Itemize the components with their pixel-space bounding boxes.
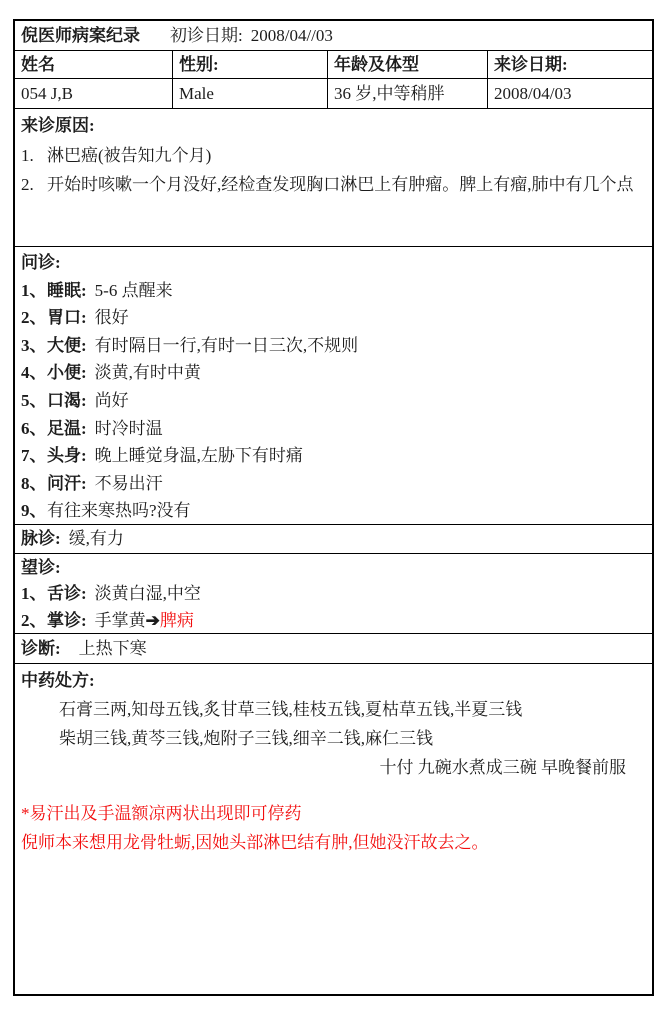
inquiry-item-chills-fever: 9、有往来寒热吗?没有	[21, 497, 642, 525]
inquiry-heading: 问诊:	[21, 249, 642, 277]
gender-column-header: 性别:	[173, 51, 328, 78]
case-record-table: 倪医师病案纪录 初诊日期: 2008/04//03 姓名 性别: 年龄及体型 来…	[13, 19, 654, 996]
item-label: 口渴:	[47, 391, 87, 410]
first-visit-date-value: 2008/04//03	[251, 21, 333, 51]
item-label: 头身:	[47, 446, 87, 465]
right-arrow-icon: ➔	[146, 611, 160, 630]
inquiry-item-appetite: 2、胃口:很好	[21, 304, 642, 332]
prescription-heading: 中药处方:	[21, 666, 642, 695]
item-label: 掌诊:	[47, 611, 87, 630]
item-number: 3、	[21, 332, 47, 360]
inquiry-item-sweat: 8、问汗:不易出汗	[21, 470, 642, 498]
patient-name-value: 054 J,B	[15, 79, 173, 108]
note-line: 倪师本来想用龙骨牡蛎,因她头部淋巴结有肿,但她没汗故去之。	[21, 829, 642, 858]
item-value: 淡黄,有时中黄	[95, 363, 201, 382]
item-number: 2、	[21, 304, 47, 332]
item-value: 不易出汗	[95, 474, 163, 493]
item-text: 开始时咳嗽一个月没好,经检查发现胸口淋巴上有肿瘤。脾上有瘤,肺中有几个点	[47, 170, 642, 200]
inquiry-section: 问诊: 1、睡眠:5-6 点醒来 2、胃口:很好 3、大便:有时隔日一行,有时一…	[15, 247, 652, 525]
dosage-instruction: 十付 九碗水煮成三碗 早晚餐前服	[21, 753, 642, 782]
inspection-item-palm: 2、掌诊:手掌黄➔脾病	[21, 608, 642, 634]
pulse-label: 脉诊:	[21, 529, 61, 548]
inquiry-item-thirst: 5、口渴:尚好	[21, 387, 642, 415]
visit-reason-section: 来诊原因: 1. 淋巴癌(被告知九个月) 2. 开始时咳嗽一个月没好,经检查发现…	[15, 109, 652, 247]
palm-finding-red: 脾病	[160, 611, 194, 630]
item-value: 淡黄白湿,中空	[95, 584, 201, 603]
item-value: 有时隔日一行,有时一日三次,不规则	[95, 336, 359, 355]
item-value: 晚上睡觉身温,左胁下有时痛	[95, 446, 303, 465]
item-value: 手掌黄	[95, 611, 146, 630]
inquiry-item-head-body: 7、头身:晚上睡觉身温,左胁下有时痛	[21, 442, 642, 470]
item-number: 5、	[21, 387, 47, 415]
pulse-diagnosis-row: 脉诊:缓,有力	[15, 525, 652, 554]
prescription-line: 石膏三两,知母五钱,炙甘草三钱,桂枝五钱,夏枯草五钱,半夏三钱	[21, 695, 642, 724]
diagnosis-label: 诊断:	[21, 639, 61, 658]
item-value: 尚好	[95, 391, 129, 410]
prescription-section: 中药处方: 石膏三两,知母五钱,炙甘草三钱,桂枝五钱,夏枯草五钱,半夏三钱 柴胡…	[15, 664, 652, 994]
item-number: 9、	[21, 497, 47, 525]
item-number: 1、	[21, 277, 47, 305]
item-value: 5-6 点醒来	[95, 281, 173, 300]
diagnosis-row: 诊断:上热下寒	[15, 634, 652, 664]
item-number: 4、	[21, 359, 47, 387]
item-value: 时冷时温	[95, 419, 163, 438]
item-number: 2、	[21, 608, 47, 634]
patient-values-row: 054 J,B Male 36 岁,中等稍胖 2008/04/03	[15, 79, 652, 109]
visit-reason-item: 2. 开始时咳嗽一个月没好,经检查发现胸口淋巴上有肿瘤。脾上有瘤,肺中有几个点	[21, 170, 642, 200]
visit-date-column-header: 来诊日期:	[488, 51, 652, 78]
item-number: 7、	[21, 442, 47, 470]
patient-visit-date-value: 2008/04/03	[488, 79, 652, 108]
diagnosis-value: 上热下寒	[79, 639, 147, 658]
item-text: 淋巴癌(被告知九个月)	[47, 141, 642, 171]
patient-age-body-value: 36 岁,中等稍胖	[328, 79, 488, 108]
item-label: 胃口:	[47, 308, 87, 327]
inquiry-item-stool: 3、大便:有时隔日一行,有时一日三次,不规则	[21, 332, 642, 360]
item-label: 小便:	[47, 363, 87, 382]
record-title: 倪医师病案纪录	[21, 21, 140, 51]
case-record-sheet: 倪医师病案纪录 初诊日期: 2008/04//03 姓名 性别: 年龄及体型 来…	[0, 0, 669, 1032]
inspection-section: 望诊: 1、舌诊:淡黄白湿,中空 2、掌诊:手掌黄➔脾病	[15, 554, 652, 634]
item-label: 舌诊:	[47, 584, 87, 603]
item-label: 问汗:	[47, 474, 87, 493]
pulse-value: 缓,有力	[69, 529, 124, 548]
patient-header-row: 姓名 性别: 年龄及体型 来诊日期:	[15, 51, 652, 79]
note-line: *易汗出及手温额凉两状出现即可停药	[21, 800, 642, 829]
age-body-column-header: 年龄及体型	[328, 51, 488, 78]
item-number: 8、	[21, 470, 47, 498]
visit-reason-heading: 来诊原因:	[21, 111, 642, 141]
inquiry-item-foot-temp: 6、足温:时冷时温	[21, 415, 642, 443]
name-column-header: 姓名	[15, 51, 173, 78]
inquiry-item-sleep: 1、睡眠:5-6 点醒来	[21, 277, 642, 305]
item-value: 有往来寒热吗?没有	[47, 501, 191, 520]
item-number: 1、	[21, 581, 47, 607]
item-number: 2.	[21, 170, 47, 200]
inquiry-item-urine: 4、小便:淡黄,有时中黄	[21, 359, 642, 387]
inspection-heading: 望诊:	[21, 555, 642, 581]
title-row: 倪医师病案纪录 初诊日期: 2008/04//03	[15, 21, 652, 51]
first-visit-date-label: 初诊日期:	[170, 21, 243, 51]
doctor-notes: *易汗出及手温额凉两状出现即可停药 倪师本来想用龙骨牡蛎,因她头部淋巴结有肿,但…	[21, 800, 642, 857]
prescription-line: 柴胡三钱,黄芩三钱,炮附子三钱,细辛二钱,麻仁三钱	[21, 724, 642, 753]
visit-reason-item: 1. 淋巴癌(被告知九个月)	[21, 141, 642, 171]
item-label: 足温:	[47, 419, 87, 438]
item-number: 6、	[21, 415, 47, 443]
item-number: 1.	[21, 141, 47, 171]
inspection-item-tongue: 1、舌诊:淡黄白湿,中空	[21, 581, 642, 607]
item-value: 很好	[95, 308, 129, 327]
item-label: 睡眠:	[47, 281, 87, 300]
item-label: 大便:	[47, 336, 87, 355]
patient-gender-value: Male	[173, 79, 328, 108]
